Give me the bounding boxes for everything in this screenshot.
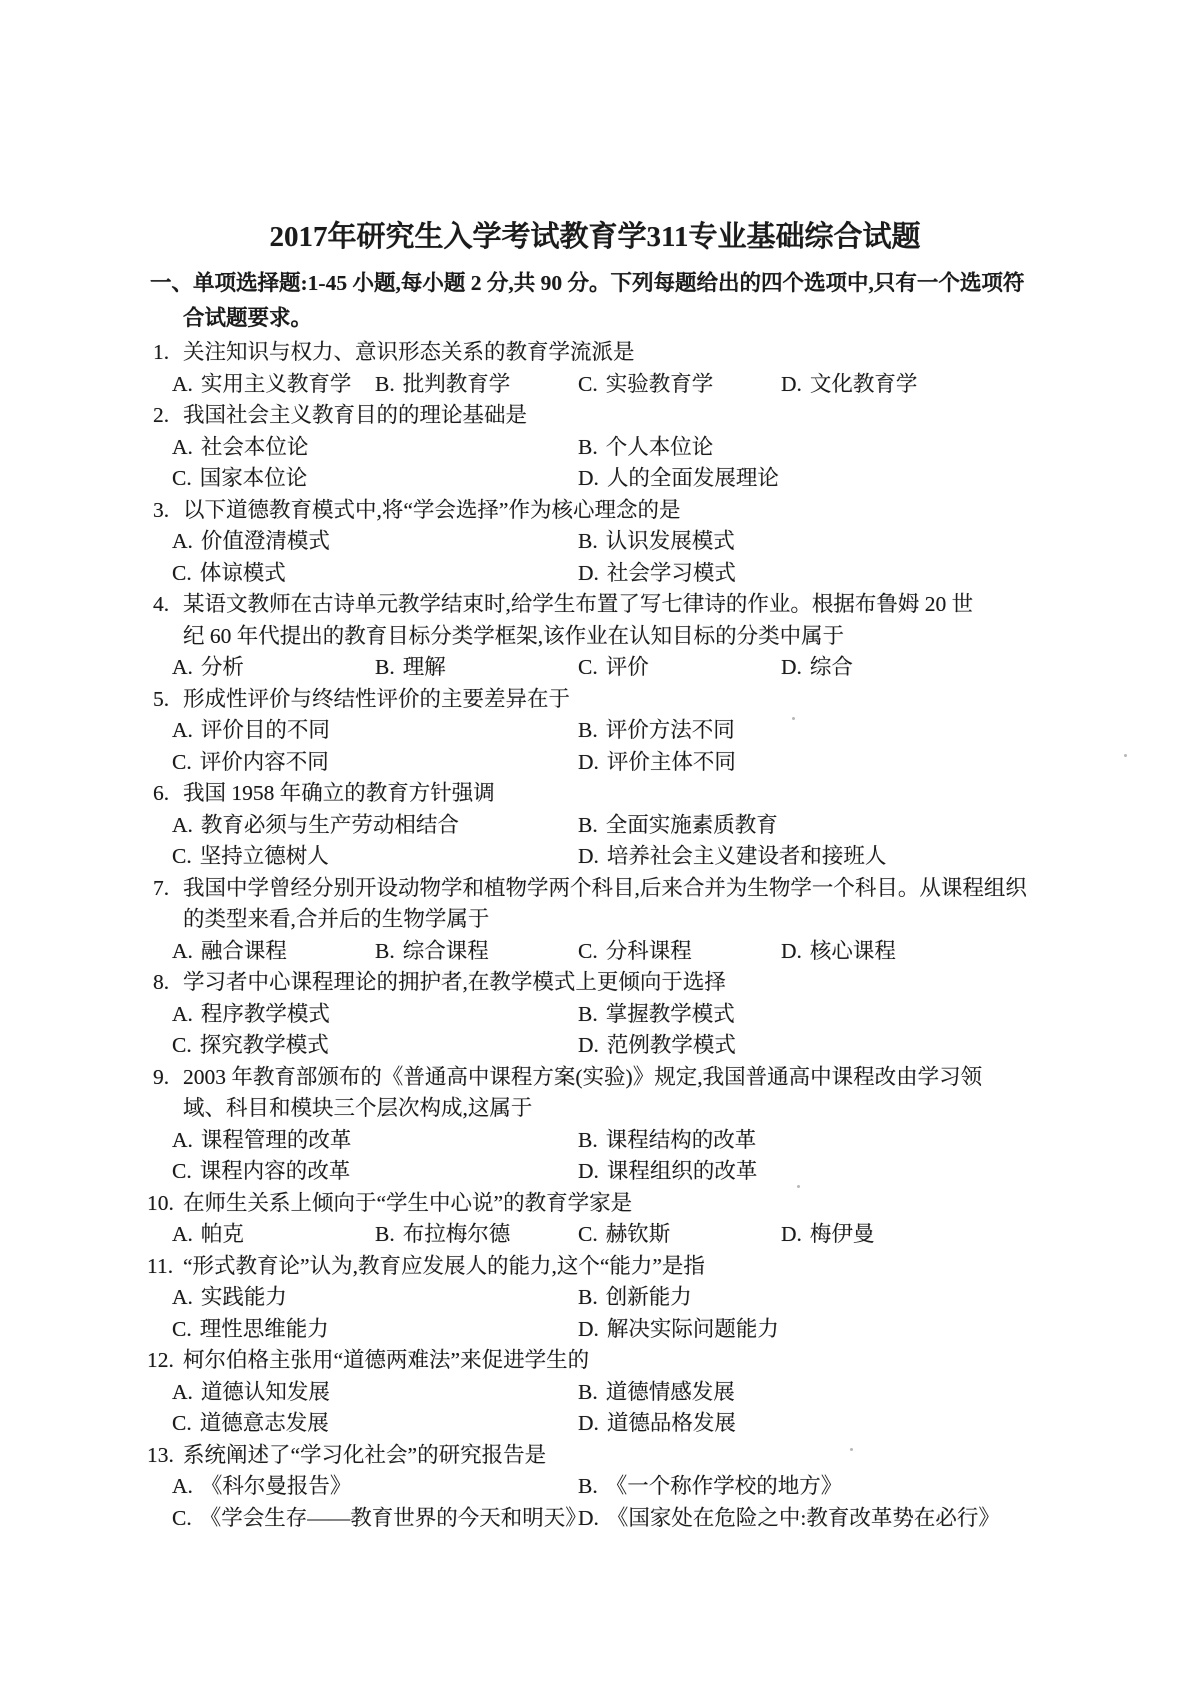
option-label: D. <box>578 561 599 585</box>
question-item: 10.在师生关系上倾向于“学生中心说”的教育学家是A.帕克B.布拉梅尔德C.赫钦… <box>150 1188 1070 1251</box>
options-row: C.探究教学模式D.范例教学模式 <box>150 1030 1070 1062</box>
scan-speck <box>850 1448 853 1451</box>
section-heading-line2: 合试题要求。 <box>183 301 1070 336</box>
option-label: B. <box>578 529 598 553</box>
options-row: A.课程管理的改革B.课程结构的改革 <box>150 1125 1070 1157</box>
option-text: 程序教学模式 <box>201 1002 330 1026</box>
question-stem-line: 1.关注知识与权力、意识形态关系的教育学流派是 <box>150 337 1070 369</box>
option-item: D.综合 <box>781 652 853 684</box>
option-item: A.实用主义教育学 <box>172 369 351 401</box>
options-row: C.道德意志发展D.道德品格发展 <box>150 1408 1070 1440</box>
option-item: A.评价目的不同 <box>172 715 330 747</box>
option-label: D. <box>578 1159 599 1183</box>
option-text: 课程内容的改革 <box>200 1159 351 1183</box>
option-item: C.体谅模式 <box>172 558 286 590</box>
option-item: A.课程管理的改革 <box>172 1125 351 1157</box>
option-label: A. <box>172 372 193 396</box>
option-item: D.文化教育学 <box>781 369 917 401</box>
option-label: C. <box>172 1411 192 1435</box>
option-text: 社会学习模式 <box>607 561 736 585</box>
option-item: B.批判教育学 <box>375 369 510 401</box>
option-item: A.帕克 <box>172 1219 244 1251</box>
question-item: 4.某语文教师在古诗单元教学结束时,给学生布置了写七律诗的作业。根据布鲁姆 20… <box>150 589 1070 684</box>
option-text: 培养社会主义建设者和接班人 <box>607 844 887 868</box>
question-stem-line: 8.学习者中心课程理论的拥护者,在教学模式上更倾向于选择 <box>150 967 1070 999</box>
option-item: B.个人本位论 <box>578 432 713 464</box>
option-label: A. <box>172 1474 193 1498</box>
question-stem-line: 10.在师生关系上倾向于“学生中心说”的教育学家是 <box>150 1188 1070 1220</box>
option-text: 道德品格发展 <box>607 1411 736 1435</box>
question-stem-line: 7.我国中学曾经分别开设动物学和植物学两个科目,后来合并为生物学一个科目。从课程… <box>150 873 1070 905</box>
option-label: D. <box>578 1033 599 1057</box>
option-label: A. <box>172 1128 193 1152</box>
option-label: D. <box>781 655 802 679</box>
question-stem-line: 2.我国社会主义教育目的的理论基础是 <box>150 400 1070 432</box>
option-text: 道德情感发展 <box>606 1380 735 1404</box>
option-item: B.认识发展模式 <box>578 526 735 558</box>
question-item: 9.2003 年教育部颁布的《普通高中课程方案(实验)》规定,我国普通高中课程改… <box>150 1062 1070 1188</box>
option-label: C. <box>578 655 598 679</box>
option-item: B.评价方法不同 <box>578 715 735 747</box>
option-label: B. <box>578 1285 598 1309</box>
option-text: 认识发展模式 <box>606 529 735 553</box>
option-text: 教育必须与生产劳动相结合 <box>201 813 459 837</box>
option-text: 课程结构的改革 <box>606 1128 757 1152</box>
option-label: C. <box>172 1159 192 1183</box>
options-row: C.坚持立德树人D.培养社会主义建设者和接班人 <box>150 841 1070 873</box>
option-label: B. <box>578 1002 598 1026</box>
option-label: B. <box>578 718 598 742</box>
question-stem-line: 纪 60 年代提出的教育目标分类学框架,该作业在认知目标的分类中属于 <box>150 621 1070 653</box>
option-label: D. <box>578 1506 599 1530</box>
question-stem-line: 6.我国 1958 年确立的教育方针强调 <box>150 778 1070 810</box>
option-label: C. <box>578 372 598 396</box>
option-item: D.解决实际问题能力 <box>578 1314 779 1346</box>
options-row: A.融合课程B.综合课程C.分科课程D.核心课程 <box>150 936 1070 968</box>
question-item: 2.我国社会主义教育目的的理论基础是A.社会本位论B.个人本位论C.国家本位论D… <box>150 400 1070 495</box>
question-stem-line: 11.“形式教育论”认为,教育应发展人的能力,这个“能力”是指 <box>150 1251 1070 1283</box>
options-row: A.评价目的不同B.评价方法不同 <box>150 715 1070 747</box>
option-label: D. <box>781 1222 802 1246</box>
section-heading: 一、单项选择题:1-45 小题,每小题 2 分,共 90 分。下列每题给出的四个… <box>150 266 1070 336</box>
option-item: B.创新能力 <box>578 1282 692 1314</box>
option-text: 梅伊曼 <box>810 1222 875 1246</box>
question-number: 9. <box>153 1062 169 1094</box>
option-text: 人的全面发展理论 <box>607 466 779 490</box>
question-number: 2. <box>153 400 169 432</box>
option-text: 《科尔曼报告》 <box>201 1474 352 1498</box>
scan-speck <box>797 1185 800 1188</box>
option-item: A.道德认知发展 <box>172 1377 330 1409</box>
option-label: A. <box>172 1285 193 1309</box>
option-label: D. <box>781 939 802 963</box>
option-text: 综合课程 <box>403 939 489 963</box>
options-row: A.实践能力B.创新能力 <box>150 1282 1070 1314</box>
question-item: 8.学习者中心课程理论的拥护者,在教学模式上更倾向于选择A.程序教学模式B.掌握… <box>150 967 1070 1062</box>
option-label: B. <box>578 1128 598 1152</box>
question-stem-line: 9.2003 年教育部颁布的《普通高中课程方案(实验)》规定,我国普通高中课程改… <box>150 1062 1070 1094</box>
option-item: D.培养社会主义建设者和接班人 <box>578 841 886 873</box>
option-label: B. <box>375 655 395 679</box>
question-stem-text: 纪 60 年代提出的教育目标分类学框架,该作业在认知目标的分类中属于 <box>183 624 844 648</box>
question-stem-text: 学习者中心课程理论的拥护者,在教学模式上更倾向于选择 <box>183 970 726 994</box>
option-text: 评价方法不同 <box>606 718 735 742</box>
question-number: 10. <box>147 1188 174 1220</box>
question-stem-text: 柯尔伯格主张用“道德两难法”来促进学生的 <box>183 1348 589 1372</box>
option-label: C. <box>172 844 192 868</box>
question-stem-line: 3.以下道德教育模式中,将“学会选择”作为核心理念的是 <box>150 495 1070 527</box>
option-label: C. <box>172 561 192 585</box>
question-stem-line: 12.柯尔伯格主张用“道德两难法”来促进学生的 <box>150 1345 1070 1377</box>
options-row: C.评价内容不同D.评价主体不同 <box>150 747 1070 779</box>
question-number: 11. <box>147 1251 173 1283</box>
option-text: 评价目的不同 <box>201 718 330 742</box>
option-text: 道德意志发展 <box>200 1411 329 1435</box>
option-label: D. <box>578 844 599 868</box>
option-item: C.分科课程 <box>578 936 692 968</box>
option-item: B.掌握教学模式 <box>578 999 735 1031</box>
option-text: 融合课程 <box>201 939 287 963</box>
option-item: C.《学会生存——教育世界的今天和明天》 <box>172 1503 587 1535</box>
option-label: C. <box>172 750 192 774</box>
question-number: 1. <box>153 337 169 369</box>
scan-speck <box>792 717 795 720</box>
option-label: A. <box>172 529 193 553</box>
option-text: 综合 <box>810 655 853 679</box>
option-text: 理解 <box>403 655 446 679</box>
option-item: A.价值澄清模式 <box>172 526 330 558</box>
option-item: A.社会本位论 <box>172 432 308 464</box>
options-row: C.课程内容的改革D.课程组织的改革 <box>150 1156 1070 1188</box>
option-text: 评价 <box>606 655 649 679</box>
options-row: A.价值澄清模式B.认识发展模式 <box>150 526 1070 558</box>
question-number: 5. <box>153 684 169 716</box>
option-label: A. <box>172 1380 193 1404</box>
option-item: C.理性思维能力 <box>172 1314 329 1346</box>
question-stem-text: 我国 1958 年确立的教育方针强调 <box>183 781 495 805</box>
question-number: 4. <box>153 589 169 621</box>
option-label: A. <box>172 813 193 837</box>
question-number: 12. <box>147 1345 174 1377</box>
option-label: C. <box>172 466 192 490</box>
option-item: A.分析 <box>172 652 244 684</box>
page-title: 2017年研究生入学考试教育学311专业基础综合试题 <box>0 214 1190 255</box>
option-text: 范例教学模式 <box>607 1033 736 1057</box>
option-label: B. <box>375 1222 395 1246</box>
option-text: 坚持立德树人 <box>200 844 329 868</box>
option-item: C.道德意志发展 <box>172 1408 329 1440</box>
question-item: 11.“形式教育论”认为,教育应发展人的能力,这个“能力”是指A.实践能力B.创… <box>150 1251 1070 1346</box>
option-text: 国家本位论 <box>200 466 308 490</box>
question-list: 1.关注知识与权力、意识形态关系的教育学流派是A.实用主义教育学B.批判教育学C… <box>150 337 1070 1534</box>
option-label: A. <box>172 1222 193 1246</box>
scan-speck <box>1124 754 1127 757</box>
question-number: 7. <box>153 873 169 905</box>
question-stem-text: 2003 年教育部颁布的《普通高中课程方案(实验)》规定,我国普通高中课程改由学… <box>183 1065 982 1089</box>
option-item: B.课程结构的改革 <box>578 1125 756 1157</box>
option-item: C.国家本位论 <box>172 463 307 495</box>
question-item: 3.以下道德教育模式中,将“学会选择”作为核心理念的是A.价值澄清模式B.认识发… <box>150 495 1070 590</box>
question-stem-text: 系统阐述了“学习化社会”的研究报告是 <box>183 1443 546 1467</box>
options-row: A.帕克B.布拉梅尔德C.赫钦斯D.梅伊曼 <box>150 1219 1070 1251</box>
question-item: 6.我国 1958 年确立的教育方针强调A.教育必须与生产劳动相结合B.全面实施… <box>150 778 1070 873</box>
option-text: 《学会生存——教育世界的今天和明天》 <box>200 1506 587 1530</box>
options-row: A.社会本位论B.个人本位论 <box>150 432 1070 464</box>
option-text: 《国家处在危险之中:教育改革势在必行》 <box>607 1506 1000 1530</box>
option-item: D.人的全面发展理论 <box>578 463 779 495</box>
option-item: D.道德品格发展 <box>578 1408 736 1440</box>
question-number: 13. <box>147 1440 174 1472</box>
option-item: C.探究教学模式 <box>172 1030 329 1062</box>
option-label: B. <box>578 1380 598 1404</box>
question-stem-text: 关注知识与权力、意识形态关系的教育学流派是 <box>183 340 635 364</box>
option-label: B. <box>375 372 395 396</box>
options-row: A.分析B.理解C.评价D.综合 <box>150 652 1070 684</box>
option-text: 评价内容不同 <box>200 750 329 774</box>
option-text: 文化教育学 <box>810 372 918 396</box>
question-stem-line: 域、科目和模块三个层次构成,这属于 <box>150 1093 1070 1125</box>
option-item: C.课程内容的改革 <box>172 1156 350 1188</box>
question-number: 6. <box>153 778 169 810</box>
question-stem-text: 以下道德教育模式中,将“学会选择”作为核心理念的是 <box>183 498 680 522</box>
option-text: 探究教学模式 <box>200 1033 329 1057</box>
option-label: B. <box>578 813 598 837</box>
option-label: C. <box>172 1317 192 1341</box>
option-label: D. <box>578 1317 599 1341</box>
section-heading-line1: 一、单项选择题:1-45 小题,每小题 2 分,共 90 分。下列每题给出的四个… <box>150 266 1070 301</box>
option-item: A.程序教学模式 <box>172 999 330 1031</box>
option-label: A. <box>172 655 193 679</box>
question-stem-text: “形式教育论”认为,教育应发展人的能力,这个“能力”是指 <box>183 1254 705 1278</box>
question-number: 3. <box>153 495 169 527</box>
option-item: C.赫钦斯 <box>578 1219 670 1251</box>
option-label: C. <box>172 1033 192 1057</box>
option-text: 课程组织的改革 <box>607 1159 758 1183</box>
option-label: C. <box>172 1506 192 1530</box>
option-text: 《一个称作学校的地方》 <box>606 1474 843 1498</box>
option-label: A. <box>172 718 193 742</box>
option-item: D.社会学习模式 <box>578 558 736 590</box>
option-item: C.坚持立德树人 <box>172 841 329 873</box>
option-text: 批判教育学 <box>403 372 511 396</box>
option-item: D.评价主体不同 <box>578 747 736 779</box>
option-label: B. <box>578 1474 598 1498</box>
question-stem-text: 形成性评价与终结性评价的主要差异在于 <box>183 687 570 711</box>
option-item: D.核心课程 <box>781 936 896 968</box>
question-item: 7.我国中学曾经分别开设动物学和植物学两个科目,后来合并为生物学一个科目。从课程… <box>150 873 1070 968</box>
option-text: 掌握教学模式 <box>606 1002 735 1026</box>
options-row: A.道德认知发展B.道德情感发展 <box>150 1377 1070 1409</box>
option-item: A.融合课程 <box>172 936 287 968</box>
option-text: 核心课程 <box>810 939 896 963</box>
option-text: 帕克 <box>201 1222 244 1246</box>
option-text: 赫钦斯 <box>606 1222 671 1246</box>
option-item: B.道德情感发展 <box>578 1377 735 1409</box>
options-row: A.程序教学模式B.掌握教学模式 <box>150 999 1070 1031</box>
option-label: C. <box>578 1222 598 1246</box>
option-label: B. <box>375 939 395 963</box>
option-item: B.布拉梅尔德 <box>375 1219 510 1251</box>
option-item: C.评价 <box>578 652 649 684</box>
option-text: 实用主义教育学 <box>201 372 352 396</box>
option-label: A. <box>172 939 193 963</box>
option-text: 体谅模式 <box>200 561 286 585</box>
option-item: D.《国家处在危险之中:教育改革势在必行》 <box>578 1503 1000 1535</box>
option-item: A.《科尔曼报告》 <box>172 1471 351 1503</box>
option-item: A.教育必须与生产劳动相结合 <box>172 810 459 842</box>
option-text: 道德认知发展 <box>201 1380 330 1404</box>
option-item: C.评价内容不同 <box>172 747 329 779</box>
question-stem-line: 13.系统阐述了“学习化社会”的研究报告是 <box>150 1440 1070 1472</box>
option-label: A. <box>172 1002 193 1026</box>
option-item: D.梅伊曼 <box>781 1219 874 1251</box>
option-text: 课程管理的改革 <box>201 1128 352 1152</box>
option-label: D. <box>578 1411 599 1435</box>
options-row: C.理性思维能力D.解决实际问题能力 <box>150 1314 1070 1346</box>
option-text: 实验教育学 <box>606 372 714 396</box>
option-text: 评价主体不同 <box>607 750 736 774</box>
option-text: 布拉梅尔德 <box>403 1222 511 1246</box>
option-item: C.实验教育学 <box>578 369 713 401</box>
option-label: A. <box>172 435 193 459</box>
option-text: 全面实施素质教育 <box>606 813 778 837</box>
option-text: 理性思维能力 <box>200 1317 329 1341</box>
question-item: 13.系统阐述了“学习化社会”的研究报告是A.《科尔曼报告》B.《一个称作学校的… <box>150 1440 1070 1535</box>
option-item: D.课程组织的改革 <box>578 1156 757 1188</box>
option-item: B.全面实施素质教育 <box>578 810 778 842</box>
option-text: 社会本位论 <box>201 435 309 459</box>
options-row: A.实用主义教育学B.批判教育学C.实验教育学D.文化教育学 <box>150 369 1070 401</box>
option-label: D. <box>781 372 802 396</box>
question-stem-text: 在师生关系上倾向于“学生中心说”的教育学家是 <box>183 1191 632 1215</box>
option-text: 个人本位论 <box>606 435 714 459</box>
option-label: C. <box>578 939 598 963</box>
option-item: B.理解 <box>375 652 446 684</box>
option-text: 分科课程 <box>606 939 692 963</box>
option-text: 价值澄清模式 <box>201 529 330 553</box>
options-row: C.国家本位论D.人的全面发展理论 <box>150 463 1070 495</box>
question-stem-line: 的类型来看,合并后的生物学属于 <box>150 904 1070 936</box>
option-text: 实践能力 <box>201 1285 287 1309</box>
options-row: A.《科尔曼报告》B.《一个称作学校的地方》 <box>150 1471 1070 1503</box>
question-stem-line: 4.某语文教师在古诗单元教学结束时,给学生布置了写七律诗的作业。根据布鲁姆 20… <box>150 589 1070 621</box>
question-stem-text: 我国社会主义教育目的的理论基础是 <box>183 403 527 427</box>
option-label: D. <box>578 750 599 774</box>
option-text: 分析 <box>201 655 244 679</box>
question-item: 5.形成性评价与终结性评价的主要差异在于A.评价目的不同B.评价方法不同C.评价… <box>150 684 1070 779</box>
question-stem-line: 5.形成性评价与终结性评价的主要差异在于 <box>150 684 1070 716</box>
option-item: B.《一个称作学校的地方》 <box>578 1471 842 1503</box>
option-text: 创新能力 <box>606 1285 692 1309</box>
options-row: C.《学会生存——教育世界的今天和明天》D.《国家处在危险之中:教育改革势在必行… <box>150 1503 1070 1535</box>
question-stem-text: 域、科目和模块三个层次构成,这属于 <box>183 1096 532 1120</box>
option-label: D. <box>578 466 599 490</box>
option-item: D.范例教学模式 <box>578 1030 736 1062</box>
question-stem-text: 某语文教师在古诗单元教学结束时,给学生布置了写七律诗的作业。根据布鲁姆 20 世 <box>183 592 973 616</box>
option-label: B. <box>578 435 598 459</box>
options-row: A.教育必须与生产劳动相结合B.全面实施素质教育 <box>150 810 1070 842</box>
question-stem-text: 的类型来看,合并后的生物学属于 <box>183 907 489 931</box>
question-item: 12.柯尔伯格主张用“道德两难法”来促进学生的A.道德认知发展B.道德情感发展C… <box>150 1345 1070 1440</box>
question-item: 1.关注知识与权力、意识形态关系的教育学流派是A.实用主义教育学B.批判教育学C… <box>150 337 1070 400</box>
option-item: A.实践能力 <box>172 1282 287 1314</box>
options-row: C.体谅模式D.社会学习模式 <box>150 558 1070 590</box>
exam-paper-page: 2017年研究生入学考试教育学311专业基础综合试题 一、单项选择题:1-45 … <box>0 0 1190 1683</box>
option-text: 解决实际问题能力 <box>607 1317 779 1341</box>
question-number: 8. <box>153 967 169 999</box>
option-item: B.综合课程 <box>375 936 489 968</box>
question-stem-text: 我国中学曾经分别开设动物学和植物学两个科目,后来合并为生物学一个科目。从课程组织 <box>183 876 1027 900</box>
